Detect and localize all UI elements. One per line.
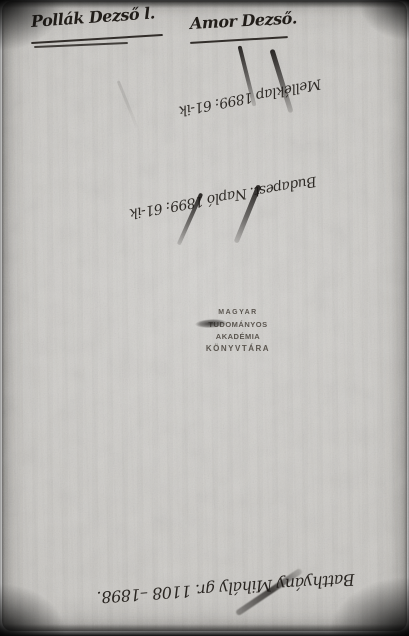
stamp-line-1: MAGYAR (187, 307, 289, 319)
underline-right (190, 36, 288, 44)
photo-paper: Pollák Dezső l. Amor Dezső. Melléklap 18… (2, 1, 407, 631)
faint-pencil-stroke (117, 80, 139, 127)
annotation-top-left: Pollák Dezső l. (30, 3, 155, 31)
annotation-top-right: Amor Dezső. (190, 8, 298, 33)
inverted-note-2: Budapest. Napló 1899: 61-ik (102, 168, 343, 226)
stamp-line-3: KÖNYVTÁRA (187, 343, 289, 355)
library-stamp: MAGYAR TUDOMÁNYOS AKADÉMIA KÖNYVTÁRA (187, 307, 289, 355)
bottom-annotation: Batthyány Mihály gr. 1108 –1898. (60, 567, 393, 609)
